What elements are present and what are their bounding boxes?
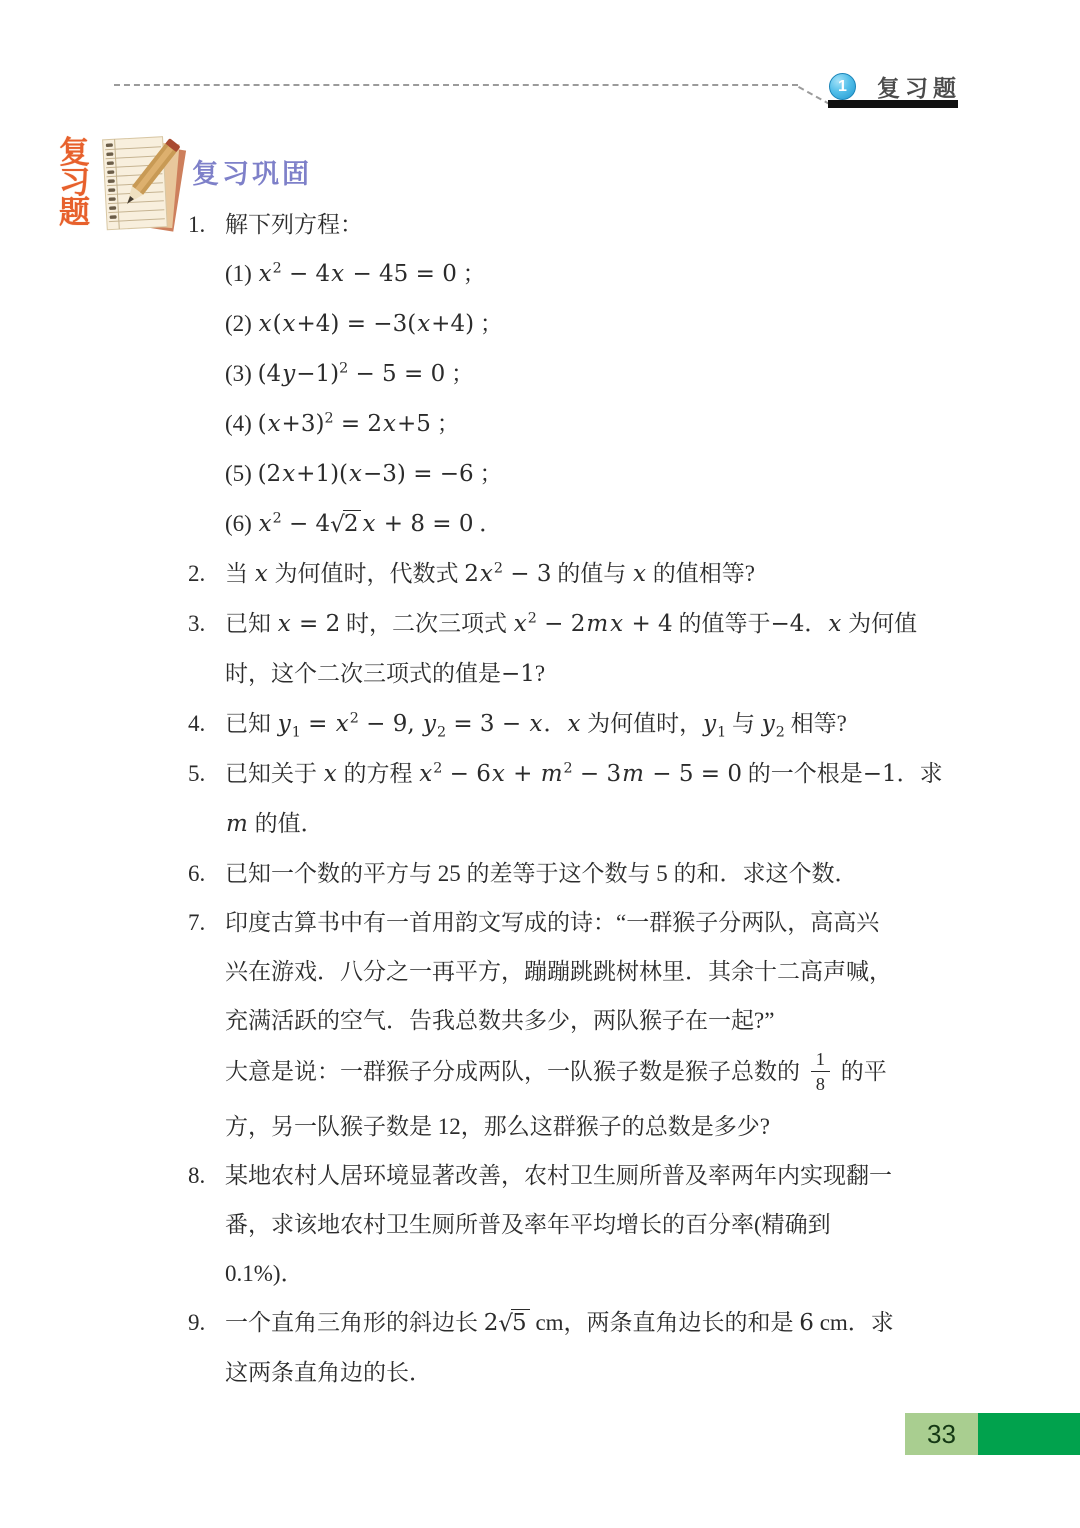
problem-number: 7.	[188, 898, 225, 947]
problem-item: 4.已知 y1 = x2 − 9, y2 = 3 − x．x 为何值时，y1 与…	[188, 699, 972, 749]
problem-line: 0.1%)．	[225, 1249, 972, 1298]
problem-number: 6.	[188, 849, 225, 898]
header-dashed-line	[114, 84, 798, 86]
problem-line: 已知 x = 2 时，二次三项式 x2 − 2mx + 4 的值等于−4．x 为…	[225, 599, 972, 649]
problem-number: 5.	[188, 749, 225, 798]
problem-line: (1) x2 − 4x − 45 = 0 ；	[225, 249, 972, 299]
footer-green-bar	[978, 1413, 1080, 1455]
problem-line: 番，求该地农村卫生厕所普及率年平均增长的百分率(精确到	[225, 1200, 972, 1249]
problem-number: 2.	[188, 549, 225, 598]
problem-body: 已知一个数的平方与 25 的差等于这个数与 5 的和．求这个数．	[225, 849, 972, 898]
problem-line: 已知 y1 = x2 − 9, y2 = 3 − x．x 为何值时，y1 与 y…	[225, 699, 972, 749]
problem-line: 时，这个二次三项式的值是−1?	[225, 649, 972, 699]
problem-body: 某地农村人居环境显著改善，农村卫生厕所普及率两年内实现翻一番，求该地农村卫生厕所…	[225, 1151, 972, 1298]
problem-number: 9.	[188, 1298, 225, 1347]
problem-line: 大意是说：一群猴子分成两队，一队猴子数是猴子总数的 18 的平	[225, 1045, 972, 1102]
problem-number: 3.	[188, 599, 225, 648]
problem-body: 已知 x = 2 时，二次三项式 x2 − 2mx + 4 的值等于−4．x 为…	[225, 599, 972, 699]
problem-number: 4.	[188, 699, 225, 748]
problem-line: (4) (x+3)2 = 2x+5 ；	[225, 399, 972, 449]
page-number-box: 33	[905, 1413, 978, 1455]
problem-body: 一个直角三角形的斜边长 2√5 cm，两条直角边长的和是 6 cm．求这两条直角…	[225, 1298, 972, 1397]
problem-line: 充满活跃的空气．告我总数共多少，两队猴子在一起?”	[225, 996, 972, 1045]
problem-line: 已知一个数的平方与 25 的差等于这个数与 5 的和．求这个数．	[225, 849, 972, 898]
problem-item: 5.已知关于 x 的方程 x2 − 6x + m2 − 3m − 5 = 0 的…	[188, 749, 972, 849]
section-title: 复习巩固	[192, 152, 312, 191]
chapter-number: 1	[838, 78, 847, 96]
problem-item: 1.解下列方程：(1) x2 − 4x − 45 = 0 ；(2) x(x+4)…	[188, 200, 972, 549]
problem-line: (3) (4y−1)2 − 5 = 0 ；	[225, 349, 972, 399]
problems-list: 1.解下列方程：(1) x2 − 4x − 45 = 0 ；(2) x(x+4)…	[188, 200, 972, 1397]
problem-body: 已知关于 x 的方程 x2 − 6x + m2 − 3m − 5 = 0 的一个…	[225, 749, 972, 849]
problem-body: 当 x 为何值时，代数式 2x2 − 3 的值与 x 的值相等?	[225, 549, 972, 599]
review-badge-char: 复	[59, 138, 90, 168]
problem-body: 印度古算书中有一首用韵文写成的诗：“一群猴子分两队，高高兴兴在游戏．八分之一再平…	[225, 898, 972, 1151]
problem-item: 6.已知一个数的平方与 25 的差等于这个数与 5 的和．求这个数．	[188, 849, 972, 898]
problem-line: 已知关于 x 的方程 x2 − 6x + m2 − 3m − 5 = 0 的一个…	[225, 749, 972, 799]
problem-item: 8.某地农村人居环境显著改善，农村卫生厕所普及率两年内实现翻一番，求该地农村卫生…	[188, 1151, 972, 1298]
page-number: 33	[927, 1419, 956, 1450]
header-underline-bar	[828, 100, 958, 108]
chapter-title: 复习题	[877, 70, 961, 103]
review-badge-label: 复 习 题	[59, 138, 90, 228]
problem-line: 印度古算书中有一首用韵文写成的诗：“一群猴子分两队，高高兴	[225, 898, 972, 947]
chapter-number-badge: 1	[829, 73, 856, 100]
review-badge-char: 习	[59, 168, 90, 198]
problem-line: 一个直角三角形的斜边长 2√5 cm，两条直角边长的和是 6 cm．求	[225, 1298, 972, 1348]
problem-body: 解下列方程：(1) x2 − 4x − 45 = 0 ；(2) x(x+4) =…	[225, 200, 972, 549]
problem-line: 方，另一队猴子数是 12，那么这群猴子的总数是多少?	[225, 1102, 972, 1151]
problem-item: 3.已知 x = 2 时，二次三项式 x2 − 2mx + 4 的值等于−4．x…	[188, 599, 972, 699]
problem-item: 2.当 x 为何值时，代数式 2x2 − 3 的值与 x 的值相等?	[188, 549, 972, 599]
problem-body: 已知 y1 = x2 − 9, y2 = 3 − x．x 为何值时，y1 与 y…	[225, 699, 972, 749]
problem-line: (2) x(x+4) = −3(x+4) ；	[225, 299, 972, 349]
problem-item: 9.一个直角三角形的斜边长 2√5 cm，两条直角边长的和是 6 cm．求这两条…	[188, 1298, 972, 1397]
problem-number: 1.	[188, 200, 225, 249]
problem-line: 兴在游戏．八分之一再平方，蹦蹦跳跳树林里．其余十二高声喊，	[225, 947, 972, 996]
header-connector-line	[798, 86, 830, 105]
problem-line: 某地农村人居环境显著改善，农村卫生厕所普及率两年内实现翻一	[225, 1151, 972, 1200]
problem-item: 7.印度古算书中有一首用韵文写成的诗：“一群猴子分两队，高高兴兴在游戏．八分之一…	[188, 898, 972, 1151]
problem-number: 8.	[188, 1151, 225, 1200]
review-badge-char: 题	[59, 198, 90, 228]
notepad-pencil-icon	[94, 130, 188, 236]
problem-line: 这两条直角边的长．	[225, 1348, 972, 1397]
problem-line: (5) (2x+1)(x−3) = −6 ；	[225, 449, 972, 499]
problem-line: (6) x2 − 4√2x + 8 = 0 ．	[225, 499, 972, 549]
problem-line: m 的值．	[225, 799, 972, 849]
problem-line: 当 x 为何值时，代数式 2x2 − 3 的值与 x 的值相等?	[225, 549, 972, 599]
problem-line: 解下列方程：	[225, 200, 972, 249]
